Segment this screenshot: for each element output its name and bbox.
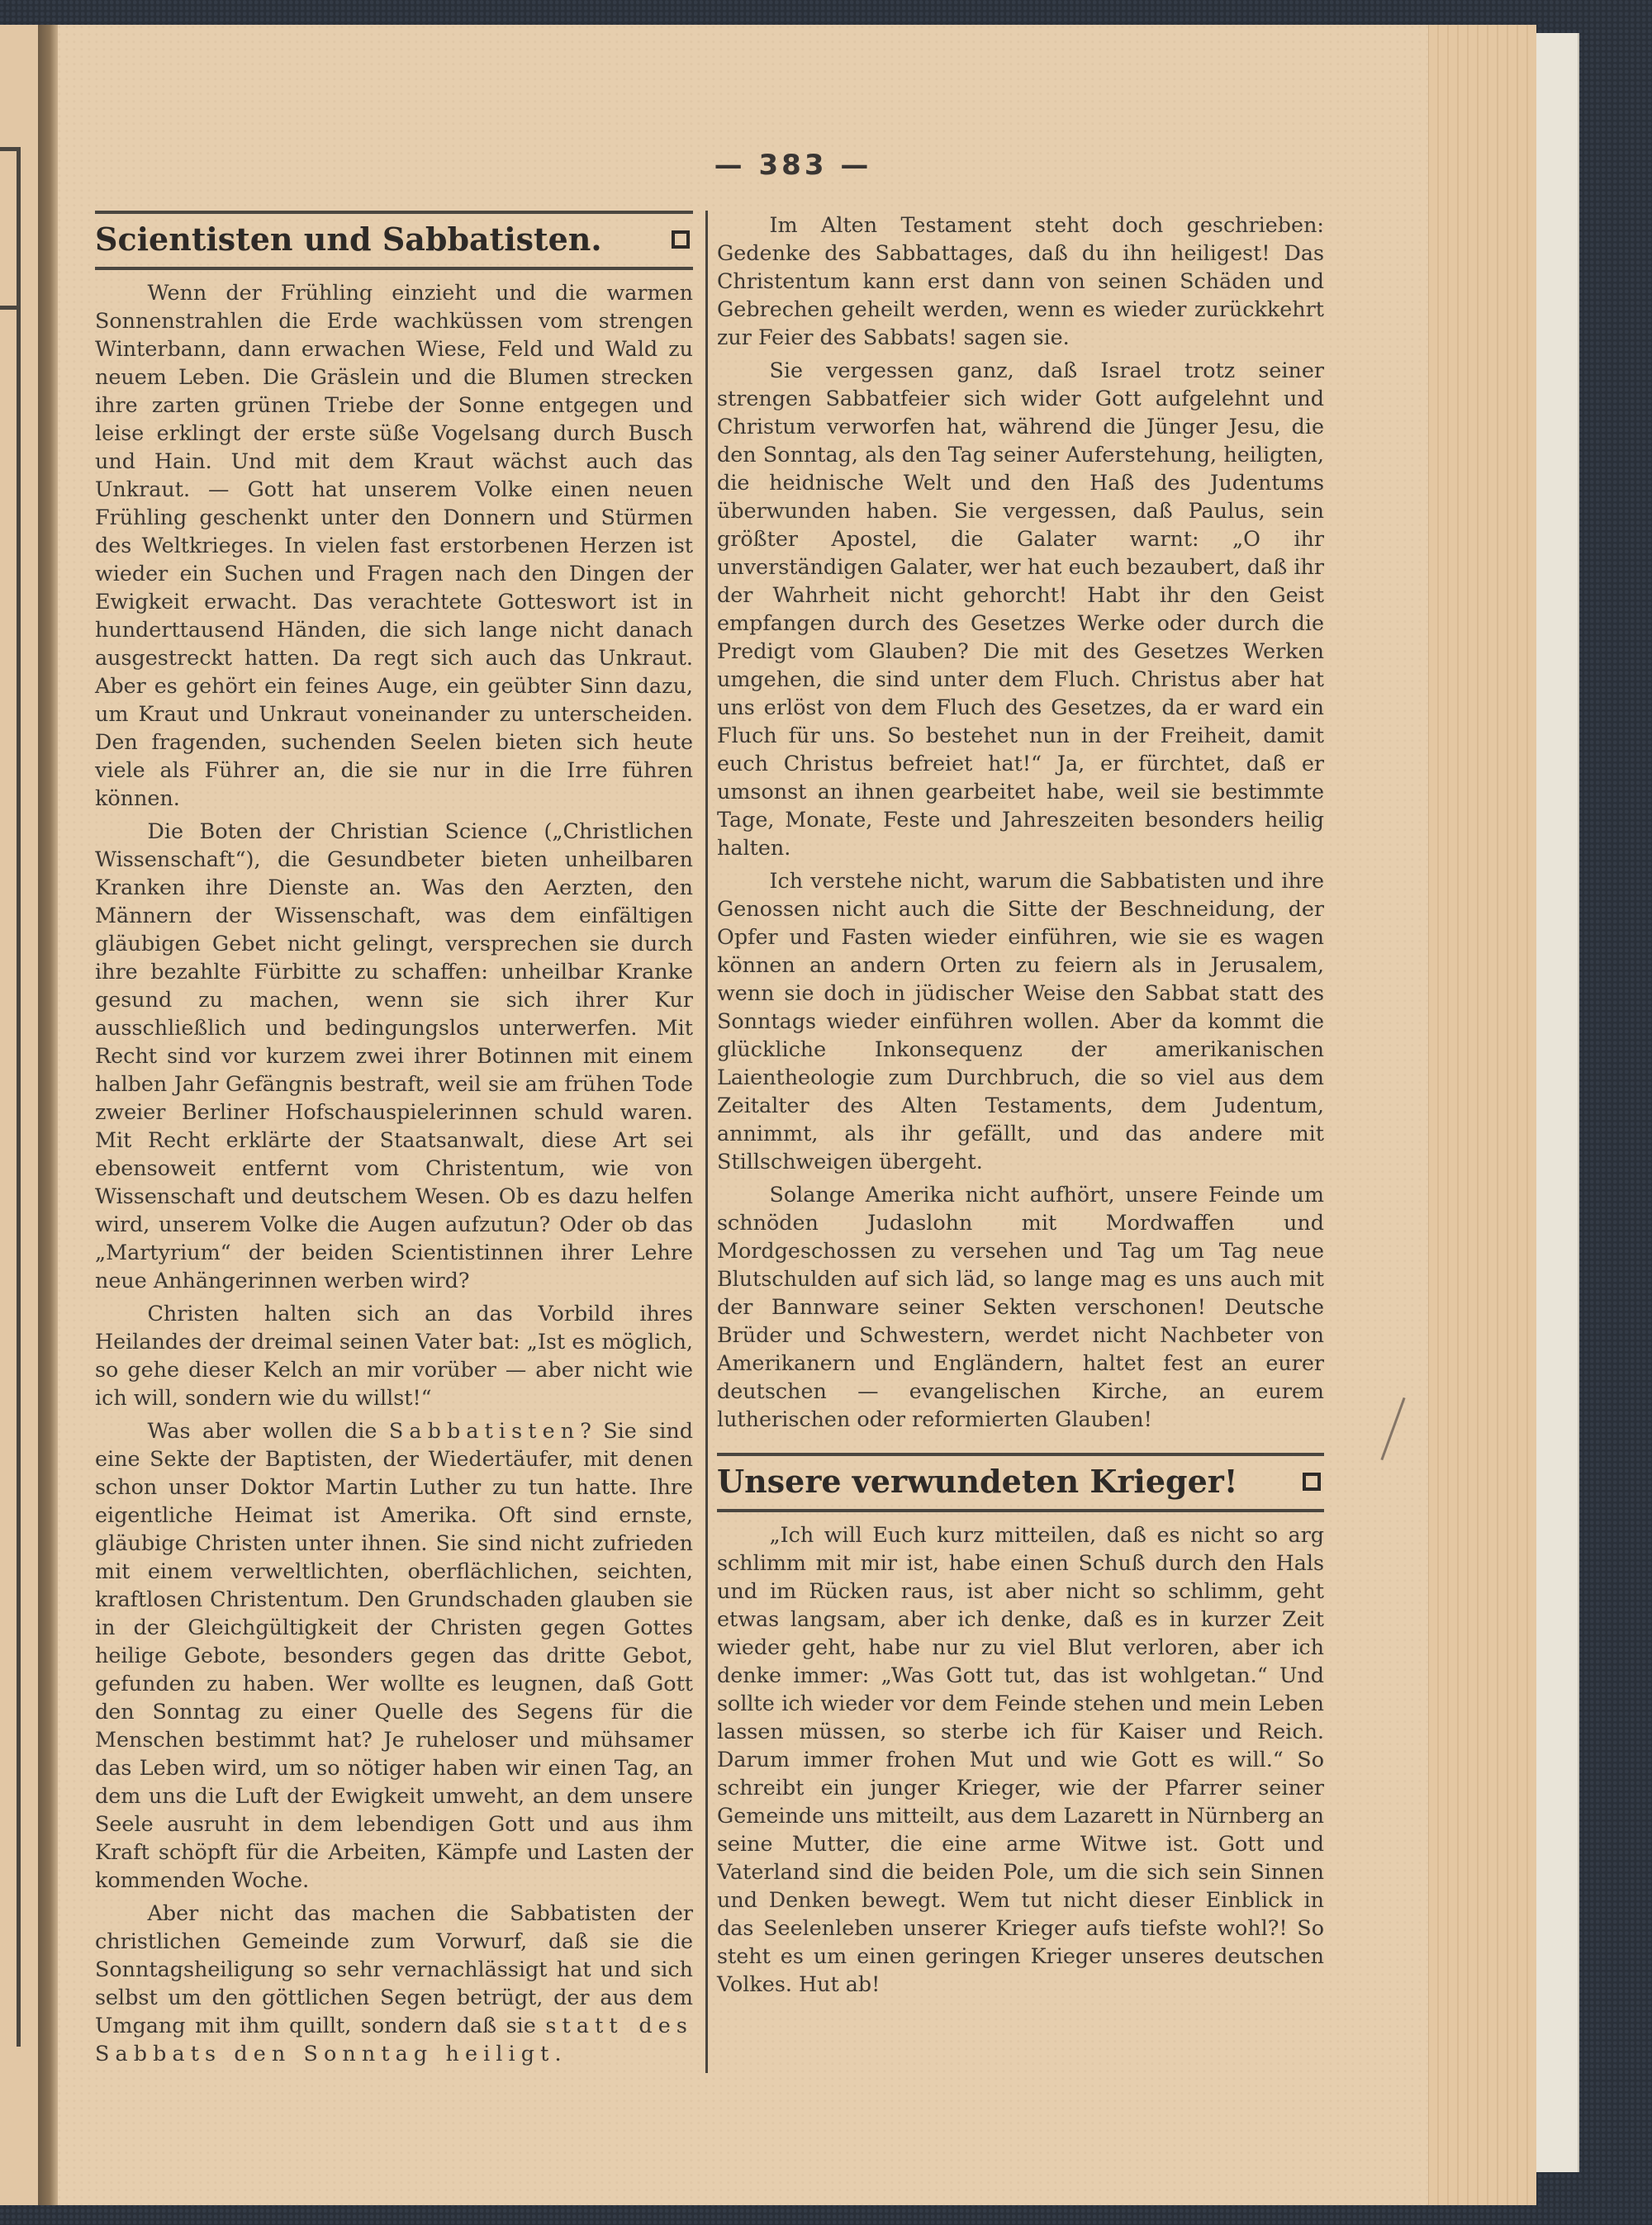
endpaper-edge — [1536, 33, 1579, 2172]
paragraph-text: ? Sie sind eine Sekte der Baptisten, der… — [95, 1418, 693, 1892]
book-gutter — [38, 25, 58, 2205]
paragraph: Aber nicht das machen die Sabbatisten de… — [95, 1899, 693, 2067]
paragraph: Wenn der Frühling einzieht und die warme… — [95, 278, 693, 812]
article-title: Scientisten und Sabbatisten. — [95, 217, 602, 262]
article-heading: Unsere verwundeten Krieger! — [717, 1453, 1324, 1512]
right-column: Im Alten Testament steht doch geschriebe… — [717, 211, 1324, 2003]
stacked-page-edges — [1428, 25, 1536, 2205]
paragraph: „Ich will Euch kurz mitteilen, daß es ni… — [717, 1520, 1324, 1998]
paragraph-text: Was aber wollen die — [148, 1418, 389, 1443]
paragraph: Im Alten Testament steht doch geschriebe… — [717, 211, 1324, 351]
previous-page-column-rule — [17, 147, 21, 2047]
square-marker-icon — [672, 230, 690, 249]
paragraph: Solange Amerika nicht aufhört, unsere Fe… — [717, 1180, 1324, 1433]
paragraph: Sie vergessen ganz, daß Israel trotz sei… — [717, 356, 1324, 861]
page-number: — 383 — — [628, 149, 958, 182]
pencil-mark — [1380, 1397, 1405, 1460]
left-column: Scientisten und Sabbatisten. Wenn der Fr… — [95, 211, 693, 2072]
article-title: Unsere verwundeten Krieger! — [717, 1459, 1237, 1504]
article-heading: Scientisten und Sabbatisten. — [95, 211, 693, 270]
document-page: — 383 — Scientisten und Sabbatisten. Wen… — [58, 25, 1536, 2205]
paragraph: Christen halten sich an das Vorbild ihre… — [95, 1299, 693, 1411]
paragraph-text: . — [554, 2041, 561, 2066]
paragraph: Was aber wollen die Sabbatisten? Sie sin… — [95, 1416, 693, 1894]
square-marker-icon — [1303, 1473, 1321, 1491]
paragraph: Ich verstehe nicht, warum die Sabbatiste… — [717, 866, 1324, 1175]
emphasized-text: Sabbatisten — [389, 1418, 580, 1443]
paragraph: Die Boten der Christian Science („Christ… — [95, 817, 693, 1294]
previous-page-edge — [0, 25, 38, 2205]
column-divider — [705, 211, 708, 2073]
